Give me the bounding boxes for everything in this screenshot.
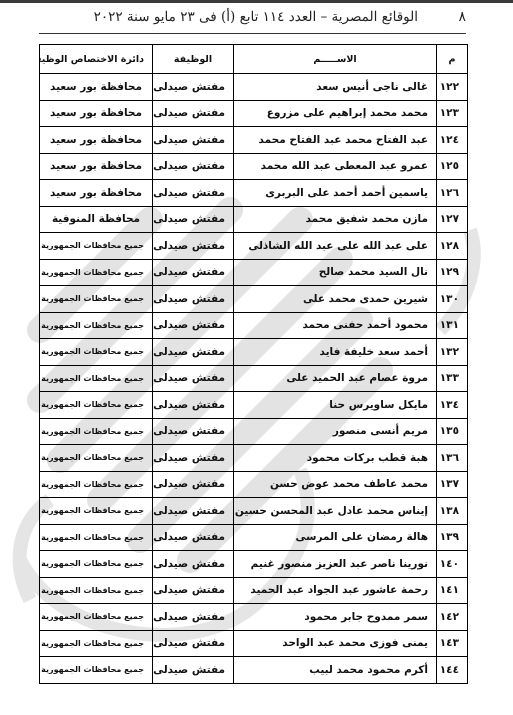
row-number: ١٤٣ (437, 630, 468, 657)
row-job: مفتش صيدلى (153, 498, 234, 525)
table-row: ١٣٧محمد عاطف محمد عوض حسنمفتش صيدلىجميع … (40, 471, 468, 498)
row-name: محمد محمد إبراهيم على مزروع (234, 100, 437, 127)
row-scope: جميع محافظات الجمهورية (40, 365, 153, 392)
row-name: هبة قطب بركات محمود (234, 445, 437, 472)
row-name: مازن محمد شفيق محمد (234, 206, 437, 233)
table-row: ١٢٦ياسمين أحمد أحمد على البربرىمفتش صيدل… (40, 180, 468, 207)
row-number: ١٢٧ (437, 206, 468, 233)
table-row: ١٢٨على عبد الله على عبد الله الشاذلىمفتش… (40, 233, 468, 260)
table-body: ١٢٢غالى ناجى أنيس سعدمفتش صيدلىمحافظة بو… (40, 74, 468, 684)
table-row: ١٢٤عبد الفتاح محمد عبد الفتاح محمدمفتش ص… (40, 127, 468, 154)
row-name: محمود أحمد حفنى محمد (234, 312, 437, 339)
row-name: سمر ممدوح جابر محمود (234, 604, 437, 631)
row-number: ١٣١ (437, 312, 468, 339)
row-name: أكرم محمود محمد لبيب (234, 657, 437, 684)
pharmacist-inspectors-table: م الاســـــم الوظيفة دائرة الاختصاص الوظ… (39, 44, 468, 684)
table-row: ١٣٣مروة عصام عبد الحميد علىمفتش صيدلىجمي… (40, 365, 468, 392)
row-number: ١٣٥ (437, 418, 468, 445)
row-number: ١٤٢ (437, 604, 468, 631)
row-number: ١٤١ (437, 577, 468, 604)
row-scope: جميع محافظات الجمهورية (40, 233, 153, 260)
row-scope: جميع محافظات الجمهورية (40, 630, 153, 657)
table-header-row: م الاســـــم الوظيفة دائرة الاختصاص الوظ… (40, 45, 468, 74)
row-job: مفتش صيدلى (153, 392, 234, 419)
row-scope: جميع محافظات الجمهورية (40, 577, 153, 604)
table-row: ١٢٢غالى ناجى أنيس سعدمفتش صيدلىمحافظة بو… (40, 74, 468, 101)
table-row: ١٤١رحمة عاشور عبد الجواد عبد الحميدمفتش … (40, 577, 468, 604)
row-job: مفتش صيدلى (153, 604, 234, 631)
row-name: رحمة عاشور عبد الجواد عبد الحميد (234, 577, 437, 604)
row-number: ١٢٤ (437, 127, 468, 154)
row-number: ١٣٤ (437, 392, 468, 419)
row-job: مفتش صيدلى (153, 577, 234, 604)
row-scope: جميع محافظات الجمهورية (40, 286, 153, 313)
row-name: يمنى فوزى محمد عبد الواحد (234, 630, 437, 657)
row-number: ١٣٠ (437, 286, 468, 313)
row-number: ١٣٨ (437, 498, 468, 525)
table-row: ١٢٣محمد محمد إبراهيم على مزروعمفتش صيدلى… (40, 100, 468, 127)
row-job: مفتش صيدلى (153, 418, 234, 445)
row-scope: محافظة بور سعيد (40, 74, 153, 101)
row-scope: جميع محافظات الجمهورية (40, 312, 153, 339)
page-number: ٨ (458, 9, 466, 25)
row-job: مفتش صيدلى (153, 206, 234, 233)
row-number: ١٣٣ (437, 365, 468, 392)
row-name: مريم أنسى منصور (234, 418, 437, 445)
row-number: ١٣٧ (437, 471, 468, 498)
row-job: مفتش صيدلى (153, 365, 234, 392)
table-row: ١٢٧مازن محمد شفيق محمدمفتش صيدلىمحافظة ا… (40, 206, 468, 233)
row-job: مفتش صيدلى (153, 339, 234, 366)
row-job: مفتش صيدلى (153, 471, 234, 498)
row-number: ١٢٩ (437, 259, 468, 286)
row-job: مفتش صيدلى (153, 233, 234, 260)
row-name: على عبد الله على عبد الله الشاذلى (234, 233, 437, 260)
row-scope: محافظة المنوفية (40, 206, 153, 233)
table-row: ١٣٥مريم أنسى منصورمفتش صيدلىجميع محافظات… (40, 418, 468, 445)
table-row: ١٢٥عمرو عبد المعطى عبد الله محمدمفتش صيد… (40, 153, 468, 180)
row-number: ١٣٢ (437, 339, 468, 366)
row-number: ١٢٥ (437, 153, 468, 180)
row-job: مفتش صيدلى (153, 127, 234, 154)
table-row: ١٣٦هبة قطب بركات محمودمفتش صيدلىجميع محا… (40, 445, 468, 472)
row-scope: محافظة بور سعيد (40, 100, 153, 127)
row-job: مفتش صيدلى (153, 153, 234, 180)
row-number: ١٢٢ (437, 74, 468, 101)
table-row: ١٣٢أحمد سعد خليفة فايدمفتش صيدلىجميع محا… (40, 339, 468, 366)
table-row: ١٤٠نورينا ناصر عبد العزيز منصور غنيممفتش… (40, 551, 468, 578)
row-job: مفتش صيدلى (153, 312, 234, 339)
table-row: ١٤٤أكرم محمود محمد لبيبمفتش صيدلىجميع مح… (40, 657, 468, 684)
row-job: مفتش صيدلى (153, 524, 234, 551)
row-number: ١٢٨ (437, 233, 468, 260)
column-header-scope: دائرة الاختصاص الوظيفى (40, 45, 153, 74)
column-header-name: الاســـــم (234, 45, 437, 74)
row-name: عمرو عبد المعطى عبد الله محمد (234, 153, 437, 180)
row-scope: جميع محافظات الجمهورية (40, 445, 153, 472)
row-scope: محافظة بور سعيد (40, 153, 153, 180)
row-scope: جميع محافظات الجمهورية (40, 471, 153, 498)
column-header-number: م (437, 45, 468, 74)
row-job: مفتش صيدلى (153, 100, 234, 127)
row-number: ١٤٠ (437, 551, 468, 578)
row-job: مفتش صيدلى (153, 657, 234, 684)
row-name: هالة رمضان على المرسى (234, 524, 437, 551)
row-name: أحمد سعد خليفة فايد (234, 339, 437, 366)
row-number: ١٤٤ (437, 657, 468, 684)
row-name: مروة عصام عبد الحميد على (234, 365, 437, 392)
table-row: ١٣٤مايكل ساويرس حنامفتش صيدلىجميع محافظا… (40, 392, 468, 419)
header-divider (39, 33, 466, 34)
running-header: ٨ الوقائع المصرية – العدد ١١٤ تابع (أ) ف… (39, 6, 466, 32)
table-row: ١٤٢سمر ممدوح جابر محمودمفتش صيدلىجميع مح… (40, 604, 468, 631)
row-scope: جميع محافظات الجمهورية (40, 339, 153, 366)
row-name: عبد الفتاح محمد عبد الفتاح محمد (234, 127, 437, 154)
row-scope: جميع محافظات الجمهورية (40, 524, 153, 551)
table-row: ١٣٠شيرين حمدى محمد علىمفتش صيدلىجميع محا… (40, 286, 468, 313)
column-header-job: الوظيفة (153, 45, 234, 74)
row-name: مايكل ساويرس حنا (234, 392, 437, 419)
row-number: ١٢٦ (437, 180, 468, 207)
row-job: مفتش صيدلى (153, 74, 234, 101)
row-scope: جميع محافظات الجمهورية (40, 259, 153, 286)
row-number: ١٣٦ (437, 445, 468, 472)
row-number: ١٢٣ (437, 100, 468, 127)
table-row: ١٤٣يمنى فوزى محمد عبد الواحدمفتش صيدلىجم… (40, 630, 468, 657)
row-job: مفتش صيدلى (153, 445, 234, 472)
row-job: مفتش صيدلى (153, 286, 234, 313)
table-row: ١٣٨إيناس محمد عادل عبد المحسن حسينمفتش ص… (40, 498, 468, 525)
row-name: إيناس محمد عادل عبد المحسن حسين (234, 498, 437, 525)
table-row: ١٣١محمود أحمد حفنى محمدمفتش صيدلىجميع مح… (40, 312, 468, 339)
row-scope: جميع محافظات الجمهورية (40, 418, 153, 445)
row-name: غالى ناجى أنيس سعد (234, 74, 437, 101)
row-scope: جميع محافظات الجمهورية (40, 604, 153, 631)
row-scope: جميع محافظات الجمهورية (40, 392, 153, 419)
table-row: ١٢٩نال السيد محمد صالحمفتش صيدلىجميع محا… (40, 259, 468, 286)
row-scope: محافظة بور سعيد (40, 127, 153, 154)
row-name: نورينا ناصر عبد العزيز منصور غنيم (234, 551, 437, 578)
row-scope: جميع محافظات الجمهورية (40, 551, 153, 578)
table-row: ١٣٩هالة رمضان على المرسىمفتش صيدلىجميع م… (40, 524, 468, 551)
row-job: مفتش صيدلى (153, 180, 234, 207)
top-edge-bar (0, 0, 513, 3)
row-number: ١٣٩ (437, 524, 468, 551)
row-name: شيرين حمدى محمد على (234, 286, 437, 313)
row-job: مفتش صيدلى (153, 259, 234, 286)
row-name: محمد عاطف محمد عوض حسن (234, 471, 437, 498)
row-scope: جميع محافظات الجمهورية (40, 657, 153, 684)
row-name: نال السيد محمد صالح (234, 259, 437, 286)
row-name: ياسمين أحمد أحمد على البربرى (234, 180, 437, 207)
gazette-title: الوقائع المصرية – العدد ١١٤ تابع (أ) فى … (94, 9, 418, 25)
row-scope: جميع محافظات الجمهورية (40, 498, 153, 525)
row-job: مفتش صيدلى (153, 551, 234, 578)
row-job: مفتش صيدلى (153, 630, 234, 657)
row-scope: محافظة بور سعيد (40, 180, 153, 207)
